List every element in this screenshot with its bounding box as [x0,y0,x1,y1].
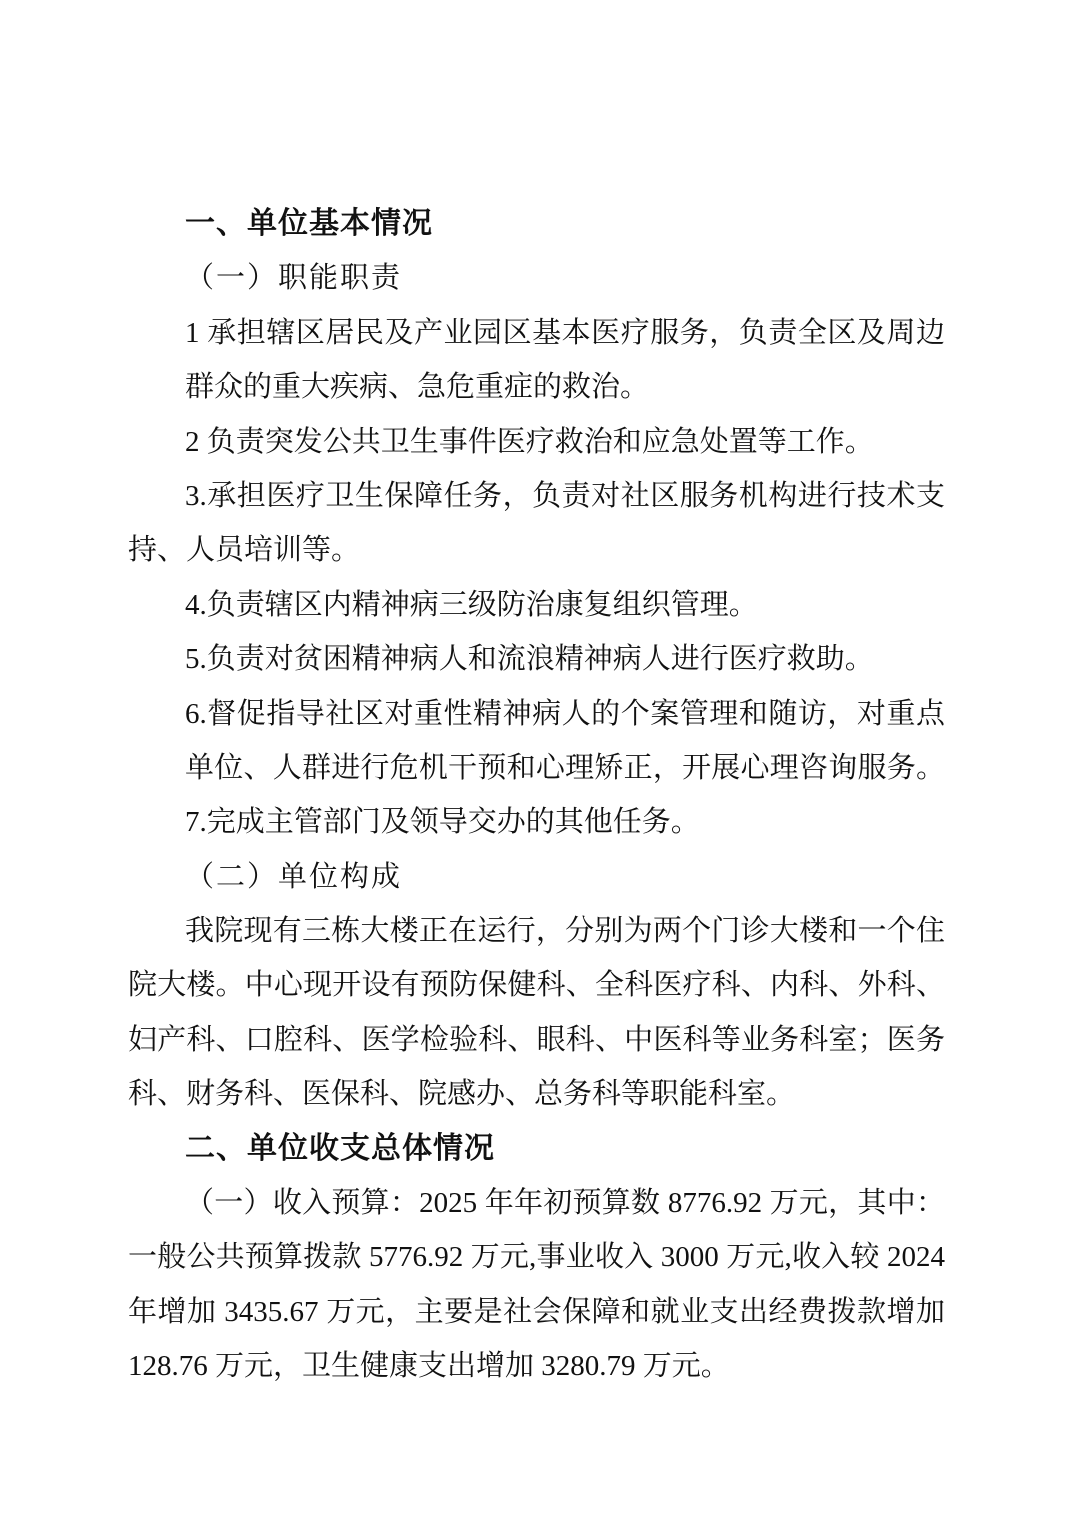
paragraph-line-composition-2: 院大楼。中心现开设有预防保健科、全科医疗科、内科、外科、 [128,958,945,1012]
income-budget-label: （一）收入预算： [185,1187,419,1219]
paragraph-line-duty-6a: 6.督促指导社区对重性精神病人的个案管理和随访，对重点 [128,687,945,741]
paragraph-line-composition-4: 科、财务科、医保科、院感办、总务科等职能科室。 [128,1067,945,1121]
paragraph-line-income-budget-2: 一般公共预算拨款 5776.92 万元,事业收入 3000 万元,收入较 202… [128,1230,945,1284]
document-page: 一、单位基本情况 （一）职能职责 1 承担辖区居民及产业园区基本医疗服务，负责全… [0,0,1074,1520]
income-budget-value-text: 2025 年年初预算数 8776.92 万元，其中： [419,1187,945,1219]
paragraph-line-duty-2: 2 负责突发公共卫生事件医疗救治和应急处置等工作。 [128,415,945,469]
paragraph-line-duty-6b: 单位、人群进行危机干预和心理矫正，开展心理咨询服务。 [128,741,945,795]
paragraph-line-duty-3a: 3.承担医疗卫生保障任务，负责对社区服务机构进行技术支 [128,469,945,523]
paragraph-line-duty-4: 4.负责辖区内精神病三级防治康复组织管理。 [128,578,945,632]
paragraph-line-duty-1b: 群众的重大疾病、急危重症的救治。 [128,360,945,414]
section-heading-revenue-expenditure: 二、单位收支总体情况 [128,1122,945,1176]
paragraph-line-income-budget-4: 128.76 万元，卫生健康支出增加 3280.79 万元。 [128,1339,945,1393]
paragraph-line-duty-3b: 持、人员培训等。 [128,523,945,577]
paragraph-line-duty-5: 5.负责对贫困精神病人和流浪精神病人进行医疗救助。 [128,632,945,686]
paragraph-line-composition-3: 妇产科、口腔科、医学检验科、眼科、中医科等业务科室；医务 [128,1013,945,1067]
paragraph-line-duty-1a: 1 承担辖区居民及产业园区基本医疗服务，负责全区及周边 [128,306,945,360]
subsection-heading-unit-composition: （二）单位构成 [128,850,945,904]
paragraph-line-duty-7: 7.完成主管部门及领导交办的其他任务。 [128,795,945,849]
subsection-heading-duties: （一）职能职责 [128,251,945,305]
section-heading-unit-basic-info: 一、单位基本情况 [128,197,945,251]
document-body: 一、单位基本情况 （一）职能职责 1 承担辖区居民及产业园区基本医疗服务，负责全… [128,197,945,1394]
paragraph-line-income-budget-1: （一）收入预算：2025 年年初预算数 8776.92 万元，其中： [128,1176,945,1230]
paragraph-line-income-budget-3: 年增加 3435.67 万元，主要是社会保障和就业支出经费拨款增加 [128,1285,945,1339]
paragraph-line-composition-1: 我院现有三栋大楼正在运行，分别为两个门诊大楼和一个住 [128,904,945,958]
